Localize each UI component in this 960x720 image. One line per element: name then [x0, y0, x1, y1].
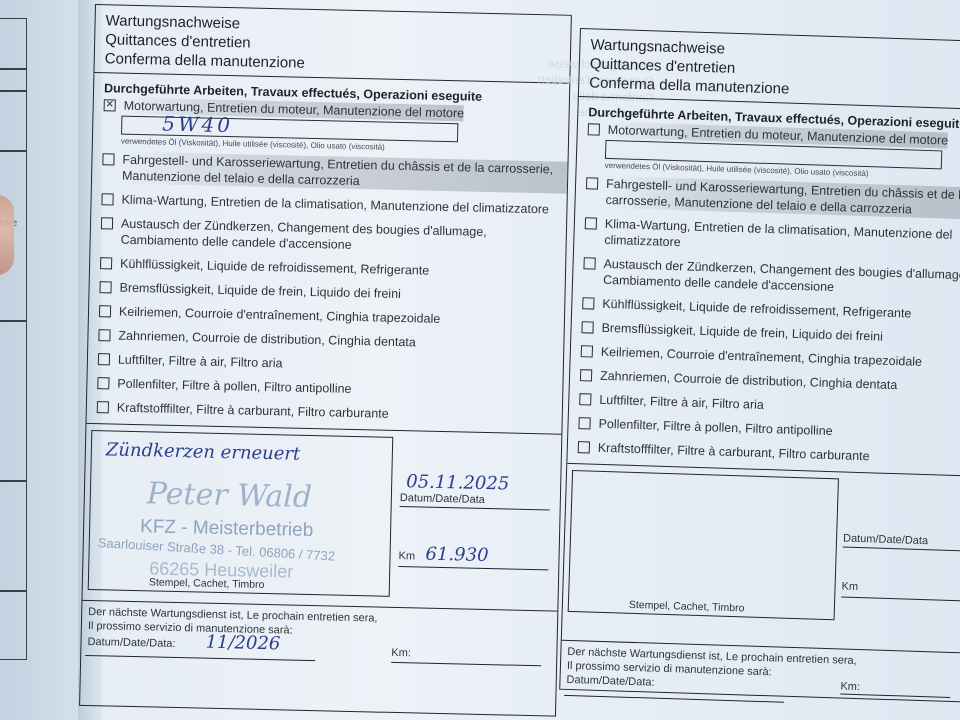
checkbox-icon[interactable]: [585, 217, 597, 229]
checklist-item[interactable]: Zahnriemen, Courroie de distribution, Ci…: [98, 327, 563, 354]
checkbox-icon[interactable]: [101, 193, 113, 205]
next-km-label: Km:: [391, 646, 411, 660]
checkbox-icon[interactable]: [98, 353, 110, 365]
work-items: ✕Motorwartung, Entretien du moteur, Manu…: [87, 97, 569, 426]
checkbox-icon[interactable]: [100, 257, 112, 269]
checklist-item[interactable]: Fahrgestell- und Karosseriewartung, Entr…: [102, 151, 568, 194]
checklist-item-label: Kraftstofffilter, Filtre à carburant, Fi…: [598, 440, 870, 465]
stamp-caption: Stempel, Cachet, Timbro: [629, 599, 745, 615]
previous-page-edge: tore: [0, 0, 80, 720]
checklist-item-label: Luftfilter, Filtre à air, Filtro aria: [118, 352, 283, 372]
checklist-item[interactable]: Keilriemen, Courroie d'entraînement, Cin…: [581, 343, 960, 371]
stamp-name: Peter Wald: [147, 476, 313, 515]
thumb: [0, 195, 14, 275]
checklist-item-label: Keilriemen, Courroie d'entraînement, Cin…: [119, 304, 441, 327]
checklist-item[interactable]: Austausch der Zündkerzen, Changement des…: [100, 215, 566, 258]
km-field[interactable]: Km: [841, 576, 960, 601]
date-field[interactable]: Datum/Date/Data: [843, 533, 960, 552]
work-items: Motorwartung, Entretien du moteur, Manut…: [568, 121, 960, 467]
date-label: Datum/Date/Data: [400, 492, 550, 507]
checklist-item[interactable]: Kraftstofffilter, Filtre à carburant, Fi…: [97, 399, 562, 426]
checklist-item-label: Kühlflüssigkeit, Liquide de refroidissem…: [602, 296, 912, 322]
checkbox-icon[interactable]: [580, 369, 592, 381]
maintenance-record-filled: WartungsnachweiseQuittances d'entretienC…: [79, 4, 572, 717]
checkbox-icon[interactable]: [578, 441, 590, 453]
checked-checkbox-icon[interactable]: ✕: [104, 99, 116, 111]
checkbox-icon[interactable]: [99, 305, 111, 317]
checkbox-icon[interactable]: [581, 345, 593, 357]
checkbox-icon[interactable]: [579, 393, 591, 405]
workshop-stamp-box: Zündkerzen erneuert Peter Wald KFZ - Mei…: [88, 430, 394, 597]
checkbox-icon[interactable]: [581, 321, 593, 333]
checklist-item-label: Bremsflüssigkeit, Liquide de frein, Liqu…: [601, 320, 883, 345]
checklist-item[interactable]: Klima-Wartung, Entretien de la climatisa…: [101, 191, 566, 218]
checklist-item-label: Austausch der Zündkerzen, Changement des…: [603, 256, 960, 300]
next-date-label: Datum/Date/Data:: [87, 636, 175, 650]
next-date-value[interactable]: 11/2026: [205, 632, 280, 655]
checklist-item-label: Fahrgestell- und Karosseriewartung, Entr…: [122, 152, 568, 194]
checklist-item[interactable]: Bremsflüssigkeit, Liquide de frein, Liqu…: [581, 319, 960, 347]
checkbox-icon[interactable]: [97, 401, 109, 413]
checklist-item-label: Zahnriemen, Courroie de distribution, Ci…: [600, 368, 898, 393]
stamp-row: Stempel, Cachet, Timbro Datum/Date/Data …: [562, 463, 960, 652]
maintenance-record-empty: Wartungsnachweise Quittances d'entretien…: [559, 28, 960, 702]
date-label: Datum/Date/Data: [843, 533, 960, 549]
date-field[interactable]: 05.11.2025 Datum/Date/Data: [400, 471, 551, 510]
checklist-item-label: Pollenfilter, Filtre à pollen, Filtro an…: [117, 376, 351, 397]
form-header: Wartungsnachweise Quittances d'entretien…: [94, 5, 570, 84]
next-service-section: Der nächste Wartungsdienst ist, Le proch…: [560, 640, 960, 720]
checklist-item[interactable]: Bremsflüssigkeit, Liquide de frein, Liqu…: [99, 279, 564, 306]
checklist-item-label: Luftfilter, Filtre à air, Filtro aria: [599, 392, 764, 413]
next-date-field[interactable]: [564, 695, 784, 703]
checklist-item[interactable]: Luftfilter, Filtre à air, Filtro aria: [579, 391, 960, 419]
checkbox-icon[interactable]: [583, 257, 595, 269]
checklist-item-label: Pollenfilter, Filtre à pollen, Filtro an…: [598, 416, 833, 439]
checklist-item-label: Bremsflüssigkeit, Liquide de frein, Liqu…: [119, 280, 401, 302]
checkbox-icon[interactable]: [582, 297, 594, 309]
next-km-field[interactable]: [391, 662, 541, 666]
checklist-item[interactable]: Kraftstofffilter, Filtre à carburant, Fi…: [578, 439, 960, 467]
checkbox-icon[interactable]: [588, 123, 600, 135]
checklist-item[interactable]: Keilriemen, Courroie d'entraînement, Cin…: [99, 303, 564, 330]
form-header: Wartungsnachweise Quittances d'entretien…: [579, 29, 960, 110]
next-service-section: Der nächste Wartungsdienst ist, Le proch…: [81, 600, 557, 682]
handwritten-note: Zündkerzen erneuert: [106, 439, 301, 464]
checklist-item[interactable]: Klima-Wartung, Entretien de la climatisa…: [584, 215, 960, 259]
checklist-item[interactable]: Pollenfilter, Filtre à pollen, Filtro an…: [97, 375, 562, 402]
workshop-stamp-box[interactable]: Stempel, Cachet, Timbro: [568, 470, 839, 620]
checkbox-icon[interactable]: [99, 281, 111, 293]
km-label: Km: [398, 550, 415, 562]
oil-viscosity-value: 5W40: [162, 112, 233, 138]
km-label: Km: [841, 580, 858, 593]
checklist-item-label: Kraftstofffilter, Filtre à carburant, Fi…: [117, 400, 389, 422]
checklist-item-label: Klima-Wartung, Entretien de la climatisa…: [604, 216, 960, 260]
km-field[interactable]: Km 61.930: [398, 543, 549, 570]
checklist-item[interactable]: Fahrgestell- und Karosseriewartung, Entr…: [585, 175, 960, 219]
checklist-item-label: Keilriemen, Courroie d'entraînement, Cin…: [601, 344, 923, 370]
stamp-caption: Stempel, Cachet, Timbro: [149, 576, 265, 591]
checkbox-icon[interactable]: [102, 153, 114, 165]
checklist-item[interactable]: Austausch der Zündkerzen, Changement des…: [583, 255, 960, 299]
checkbox-icon[interactable]: [586, 177, 598, 189]
checklist-item[interactable]: Pollenfilter, Filtre à pollen, Filtro an…: [578, 415, 960, 443]
stamp-row: Zündkerzen erneuert Peter Wald KFZ - Mei…: [82, 423, 561, 611]
service-booklet: tore WartungsnachweiseQuittances d'entre…: [0, 0, 960, 720]
checklist-item[interactable]: Kühlflüssigkeit, Liquide de refroidissem…: [100, 255, 565, 282]
checklist-item[interactable]: Luftfilter, Filtre à air, Filtro aria: [98, 351, 563, 378]
checkbox-icon[interactable]: [97, 377, 109, 389]
checklist-item[interactable]: Zahnriemen, Courroie de distribution, Ci…: [580, 367, 960, 395]
km-value: 61.930: [425, 544, 488, 566]
checklist-item[interactable]: Kühlflüssigkeit, Liquide de refroidissem…: [582, 295, 960, 323]
checkbox-icon[interactable]: [98, 329, 110, 341]
checklist-item-label: Klima-Wartung, Entretien de la climatisa…: [121, 192, 549, 218]
next-km-label: Km:: [840, 680, 860, 695]
checkbox-icon[interactable]: [578, 417, 590, 429]
checklist-item-label: Austausch der Zündkerzen, Changement des…: [120, 216, 566, 258]
checklist-item-label: Zahnriemen, Courroie de distribution, Ci…: [118, 328, 416, 351]
checklist-item-label: Kühlflüssigkeit, Liquide de refroidissem…: [120, 256, 429, 279]
checkbox-icon[interactable]: [101, 217, 113, 229]
checklist-item-label: Fahrgestell- und Karosseriewartung, Entr…: [605, 176, 960, 220]
